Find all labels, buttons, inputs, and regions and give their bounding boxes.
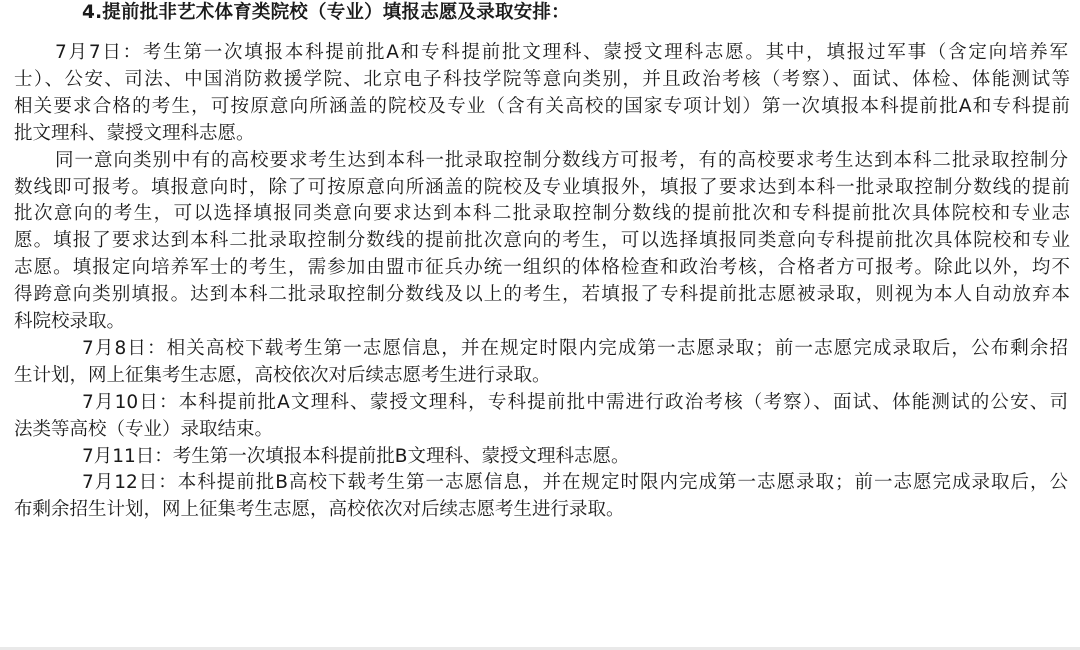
paragraph-jul11-line-1: 7月11日：考生第一次填报本科提前批B文理科、蒙授文理科志愿。 (82, 444, 1068, 470)
paragraph-intent-line-5: 志愿。填报定向培养军士的考生，需参加由盟市征兵办统一组织的体格检查和政治考核，合… (14, 255, 1070, 281)
paragraph-jul8-line-1: 7月8日：相关高校下载考生第一志愿信息，并在规定时限内完成第一志愿录取；前一志愿… (82, 336, 1068, 362)
paragraph-jul8-line-2: 生计划，网上征集考生志愿，高校依次对后续志愿考生进行录取。 (14, 363, 1070, 389)
section-title: 4.提前批非艺术体育类院校（专业）填报志愿及录取安排： (82, 0, 570, 26)
paragraph-jul10-line-2: 法类等高校（专业）录取结束。 (14, 417, 1070, 443)
paragraph-jul10-line-1: 7月10日：本科提前批A文理科、蒙授文理科，专科提前批中需进行政治考核（考察）、… (82, 390, 1068, 416)
paragraph-intent-line-1: 同一意向类别中有的高校要求考生达到本科一批录取控制分数线方可报考，有的高校要求考… (55, 148, 1068, 174)
paragraph-intent-line-4: 愿。填报了要求达到本科二批录取控制分数线的提前批次意向的考生，可以选择填报同类意… (14, 228, 1070, 254)
document-page: 4.提前批非艺术体育类院校（专业）填报志愿及录取安排： 7月7日：考生第一次填报… (0, 0, 1080, 650)
paragraph-jul7-line-1: 7月7日：考生第一次填报本科提前批A和专科提前批文理科、蒙授文理科志愿。其中，填… (55, 40, 1068, 66)
paragraph-jul12-line-1: 7月12日：本科提前批B高校下载考生第一志愿信息，并在规定时限内完成第一志愿录取… (82, 470, 1068, 496)
paragraph-intent-line-6: 得跨意向类别填报。达到本科二批录取控制分数线及以上的考生，若填报了专科提前批志愿… (14, 282, 1070, 308)
paragraph-intent-line-3: 批次意向的考生，可以选择填报同类意向要求达到本科二批录取控制分数线的提前批次和专… (14, 201, 1070, 227)
paragraph-jul12-line-2: 布剩余招生计划，网上征集考生志愿，高校依次对后续志愿考生进行录取。 (14, 497, 1070, 523)
paragraph-intent-line-7: 科院校录取。 (14, 309, 1070, 335)
paragraph-jul7-line-3: 相关要求合格的考生，可按原意向所涵盖的院校及专业（含有关高校的国家专项计划）第一… (14, 94, 1070, 120)
paragraph-intent-line-2: 数线即可报考。填报意向时，除了可按原意向所涵盖的院校及专业填报外，填报了要求达到… (14, 175, 1070, 201)
paragraph-jul7-line-2: 士）、公安、司法、中国消防救援学院、北京电子科技学院等意向类别，并且政治考核（考… (14, 67, 1070, 93)
paragraph-jul7-line-4: 批文理科、蒙授文理科志愿。 (14, 121, 1070, 147)
